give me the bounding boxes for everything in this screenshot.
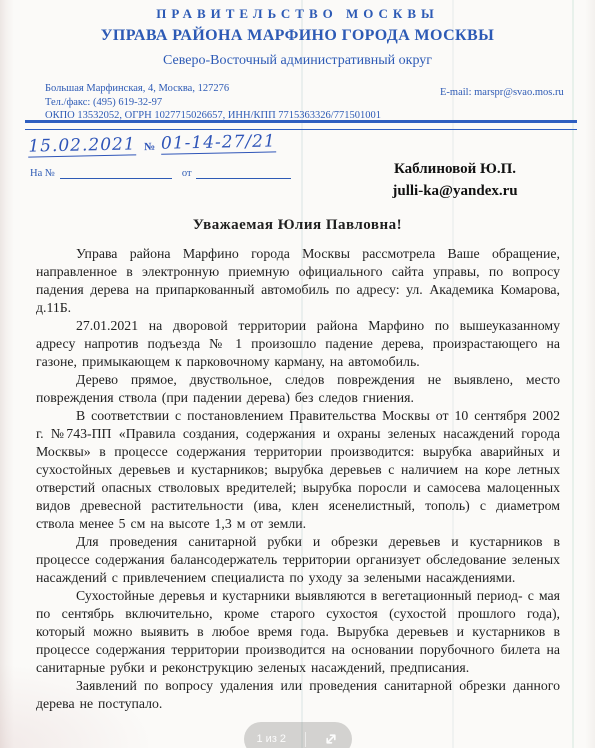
body-paragraph: Для проведения санитарной рубки и обрезк… — [36, 533, 560, 587]
scan-fold-line — [572, 0, 574, 748]
number-sign: № — [136, 141, 161, 156]
recipient-name: Каблиновой Ю.П. — [355, 158, 555, 180]
body-paragraph: Дерево прямое, двуствольное, следов повр… — [36, 371, 560, 407]
district-subtitle: Северо-Восточный административный округ — [0, 53, 595, 69]
incoming-number-blank — [60, 166, 172, 179]
body-paragraph: Управа района Марфино города Москвы расс… — [36, 245, 560, 317]
recipient-block: Каблиновой Ю.П. julli-ka@yandex.ru — [355, 158, 555, 202]
scanned-letter-page: ПРАВИТЕЛЬСТВО МОСКВЫ УПРАВА РАЙОНА МАРФИ… — [0, 0, 595, 748]
organization-title: УПРАВА РАЙОНА МАРФИНО ГОРОДА МОСКВЫ — [0, 27, 595, 45]
government-title: ПРАВИТЕЛЬСТВО МОСКВЫ — [0, 6, 595, 22]
org-address: Большая Марфинская, 4, Москва, 127276 — [45, 82, 381, 96]
incoming-reference-line: На № от — [30, 166, 291, 179]
handwritten-date: 15.02.2021 — [28, 134, 136, 157]
from-label: от — [182, 168, 192, 179]
requisites-block: Большая Марфинская, 4, Москва, 127276 Те… — [45, 82, 381, 123]
org-phone: Тел./факс: (495) 619-32-97 — [45, 96, 381, 110]
org-email: E-mail: marspr@svao.mos.ru — [440, 86, 564, 100]
handwritten-number: 01-14-27/21 — [161, 131, 276, 154]
body-paragraph: 27.01.2021 на дворовой территории района… — [36, 317, 560, 371]
viewer-page-pill[interactable]: 1 из 2 — [244, 722, 352, 748]
from-date-blank — [196, 166, 291, 179]
body-paragraph: Сухостойные деревья и кустарники выявляю… — [36, 587, 560, 677]
letterhead-divider-rule — [25, 120, 577, 130]
letter-body: Управа района Марфино города Москвы расс… — [36, 245, 560, 713]
incoming-number-label: На № — [30, 168, 55, 179]
page-indicator: 1 из 2 — [257, 733, 287, 745]
outgoing-reference-line: 15.02.2021 № 01-14-27/21 — [28, 131, 276, 157]
body-paragraph: В соответствии с постановлением Правител… — [36, 407, 560, 533]
recipient-email: julli-ka@yandex.ru — [355, 180, 555, 202]
expand-icon[interactable] — [324, 732, 338, 746]
greeting-line: Уважаемая Юлия Павловна! — [0, 217, 595, 234]
body-paragraph: Заявлений по вопросу удаления или провед… — [36, 677, 560, 713]
pill-divider — [305, 732, 306, 747]
